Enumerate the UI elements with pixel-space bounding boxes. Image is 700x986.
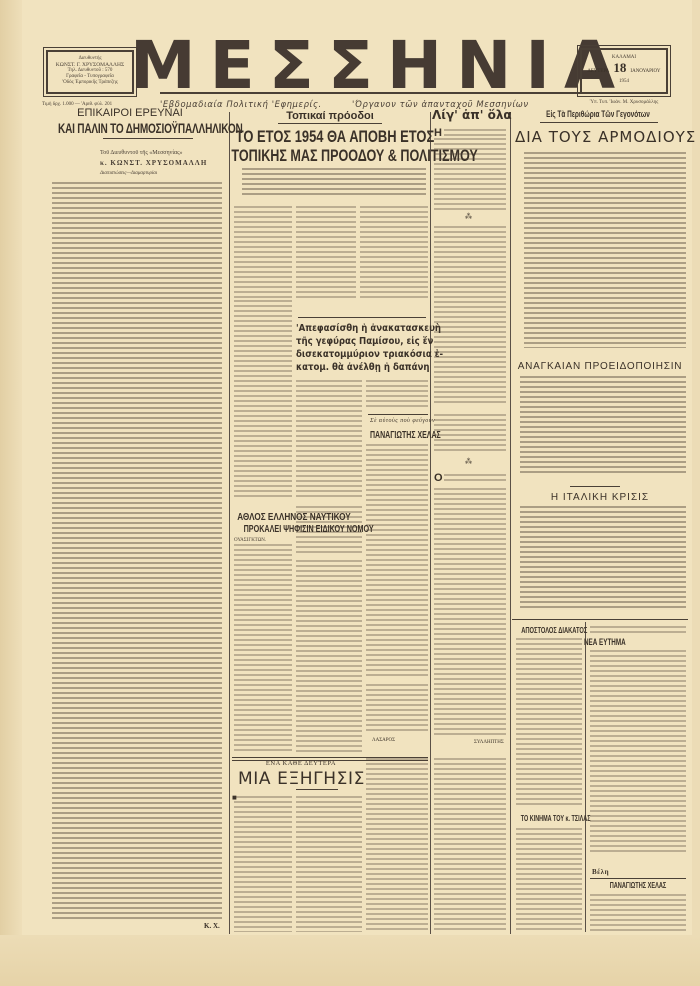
- byline-author: κ. ΚΩΝΣΤ. ΧΡΥΣΟΜΑΛΛΗ: [100, 159, 207, 167]
- date-number: 18: [613, 60, 626, 75]
- explain-body: [234, 796, 292, 932]
- headline-apostolos: ΑΠΟΣΤΟΛΟΣ ΔΙΑΚΑΤΟΣ: [521, 626, 579, 635]
- column-rule: [430, 112, 431, 934]
- byline-left: Τοῦ Διευθυντοῦ τῆς «Μεσσηνίας»: [100, 150, 183, 156]
- bridge-line: δισεκατομμύριον τριακόσια ἑ-: [296, 348, 411, 361]
- sub-kicker: Σὲ αὐτοὺς ποὺ φεύγουν: [370, 418, 435, 424]
- aig-body: [434, 414, 506, 452]
- date-day: ΔΕΥΤΕΡΑ: [587, 69, 609, 74]
- separator: [298, 317, 426, 318]
- italy-body: [520, 506, 686, 610]
- bridge-body: [296, 380, 362, 500]
- bridge-headline: 'Απεφασίσθη ἡ ἀνακατασκευὴ τῆς γεφύρας Π…: [296, 322, 430, 374]
- date-month: ΙΑΝΟΥΑΡΙΟΥ: [630, 69, 660, 74]
- article-body-center: [234, 206, 292, 300]
- article-body-center: [296, 206, 356, 300]
- paper-bottom-edge: [0, 935, 700, 986]
- date-box: ΚΑΛΑΜΑΙ ΔΕΥΤΕΡΑ 18 ΙΑΝΟΥΑΡΙΟΥ 1954: [580, 48, 668, 94]
- masthead-rule: [160, 92, 580, 94]
- velo-body: [590, 894, 686, 932]
- paper-edge: [0, 0, 24, 986]
- bridge-line: 'Απεφασίσθη ἡ ἀνακατασκευὴ: [296, 322, 411, 335]
- article-body-left: [52, 182, 222, 922]
- kicker-left: ΕΠΙΚΑΙΡΟΙ ΕΡΕΥΝΑΙ: [60, 107, 200, 119]
- explain-body: [434, 758, 506, 932]
- printer-line: Ὑπ. Τυπ. 'Ιωάν. Μ. Χρυσομάλλης: [578, 100, 670, 106]
- separator: [570, 486, 620, 487]
- kicker-underline: [540, 122, 658, 123]
- headline-tsilas: ΤΟ ΚΙΝΗΜΑ ΤΟΥ κ. ΤΣΙΛΑΣ: [521, 814, 575, 823]
- nea-lead: [590, 626, 686, 636]
- aig-body: [366, 444, 428, 679]
- naval-body: [234, 544, 292, 752]
- headline-nea: ΝΕΑ ΕΥΤΗΜΑ: [584, 637, 626, 647]
- kicker-center: Τοπικαί πρόοδοι: [240, 110, 420, 122]
- tsilas-body: [516, 828, 582, 932]
- date-year: 1954: [582, 79, 666, 85]
- deck-left: Διαπιστώσεις—Διαμαρτυρίαι: [100, 171, 157, 176]
- signature-aig: ΣΥΛΛΗΠΤΗΣ: [474, 740, 504, 745]
- sub-headline: ΠΑΝΑΓΙΩΤΗΣ ΧΕΛΑΣ: [370, 430, 426, 441]
- drop-cap: Ο: [434, 472, 443, 484]
- aig-footer: ΛΑΣΑΡΟΣ: [372, 738, 395, 743]
- kicker-right: Εἰς Τὰ Περιθώρια Τῶν Γεγονότων: [533, 109, 663, 119]
- kicker-underline: [278, 123, 382, 124]
- aig-body: [434, 138, 506, 210]
- headline-naval-1: ΑΘΛΟΣ ΕΛΛΗΝΟΣ ΝΑΥΤΙΚΟΥ: [237, 512, 352, 523]
- aig-body: [434, 488, 506, 738]
- article-body-right: [524, 152, 686, 348]
- headline-underline: [103, 138, 193, 139]
- apostolos-body: [516, 638, 582, 808]
- separator: [590, 878, 686, 879]
- dateline-naval: ΟΥΑΣΙΓΚΤΩΝ.: [234, 538, 266, 543]
- column-rule: [585, 622, 586, 932]
- headline-right: ΔΙΑ ΤΟΥΣ ΑΡΜΟΔΙΟΥΣ: [515, 128, 685, 146]
- article-body-center: [234, 300, 292, 500]
- signature-left: Κ. Χ.: [204, 922, 220, 930]
- bridge-line: τῆς γεφύρας Παμίσου, εἰς ἕν: [296, 335, 411, 348]
- separator: [368, 414, 428, 415]
- publisher-line: 'Οδὸς Ἐμπορικῆς Τράπεζης: [48, 80, 132, 86]
- aig-body: [434, 226, 506, 406]
- headline-naval-2: ΠΡΟΚΑΛΕΙ ΨΗΦΙΣΙΝ ΕΙΔΙΚΟΥ ΝΟΜΟΥ: [244, 524, 345, 535]
- naval-body: [296, 560, 362, 752]
- headline-underline: [296, 789, 338, 790]
- headline-velo: ΠΑΝΑΓΙΩΤΗΣ ΧΕΛΑΣ: [604, 881, 671, 890]
- aig-body: [366, 684, 428, 734]
- headline-center-2: ΤΟΠΙΚΗΣ ΜΑΣ ΠΡΟΟΔΟΥ & ΠΟΛΙΤΙΣΜΟΥ: [231, 146, 438, 166]
- warning-body: [520, 376, 686, 474]
- bridge-line: κατομ. θὰ ἀνέλθῃ ἡ δαπάνη: [296, 361, 411, 374]
- kicker-velo: Βέλη: [592, 868, 609, 876]
- explain-body: [366, 758, 428, 932]
- headline-left: ΚΑΙ ΠΑΛΙΝ ΤΟ ΔΗΜΟΣΙΟΫΠΑΛΛΗΛΙΚΟΝ: [58, 120, 202, 136]
- kicker-aig: Λίγ' ἀπ' ὅλα: [432, 108, 508, 122]
- column-rule: [229, 112, 230, 934]
- headline-explain: ΜΙΑ ΕΞΗΓΗΣΙΣ: [238, 769, 364, 789]
- headline-italy: Η ΙΤΑΛΙΚΗ ΚΡΙΣΙΣ: [515, 492, 685, 503]
- headline-warning: ΑΝΑΓΚΑΙΑΝ ΠΡΟΕΙΔΟΠΟΙΗΣΙΝ: [515, 361, 685, 372]
- explain-body: [296, 796, 362, 932]
- bridge-body: [366, 380, 428, 408]
- article-body-center: [360, 206, 428, 300]
- publisher-box: Διευθυντής ΚΩΝΣΤ. Γ. ΧΡΥΣΟΜΑΛΛΗΣ Τηλ. Δι…: [46, 50, 134, 94]
- article-lead-center: [242, 168, 426, 198]
- nea-body: [590, 650, 686, 855]
- separator-stars: ⁂: [465, 458, 472, 466]
- separator: [512, 619, 688, 620]
- masthead-title: ΜΕΣΣΗΝΙΑ: [130, 38, 600, 94]
- column-rule: [510, 112, 511, 934]
- separator-stars: ⁂: [465, 213, 472, 221]
- aig-body: [444, 129, 506, 136]
- headline-center-1: ΤΟ ΕΤΟΣ 1954 ΘΑ ΑΠΟΒΗ ΕΤΟΣ: [232, 127, 437, 147]
- aig-body: [444, 474, 506, 484]
- kicker-explain: ΕΝΑ ΚΑΘΕ ΔΕΥΤΕΡΑ: [238, 760, 364, 767]
